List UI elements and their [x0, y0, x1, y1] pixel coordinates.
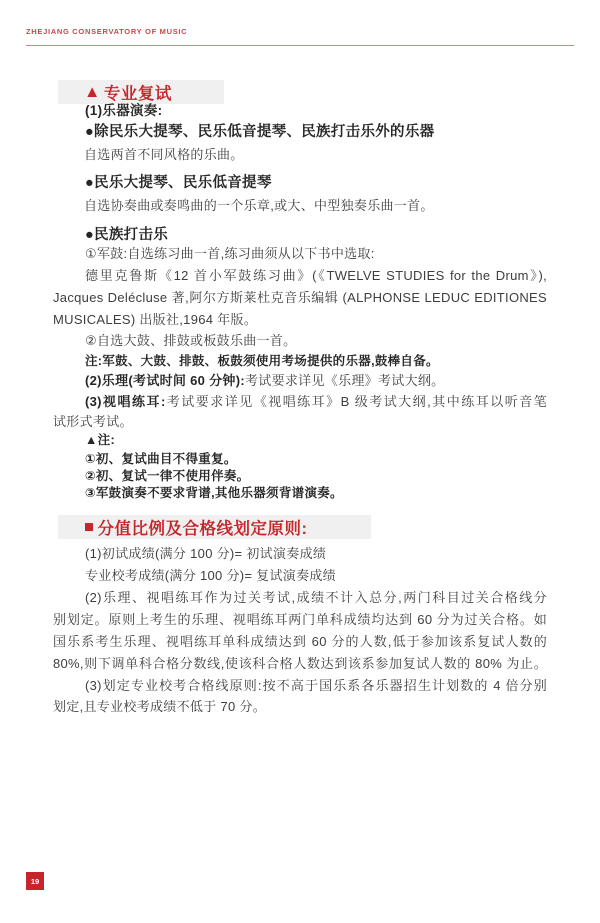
bullet-folk-cello-bass: ●民乐大提琴、民乐低音提琴 — [85, 175, 272, 193]
text-segment: ●民族打击乐 — [85, 227, 168, 243]
section-heading-professional-retest: ▲ 专业复试 — [58, 80, 224, 104]
para-two-pieces: 自选两首不同风格的乐曲。 — [84, 147, 244, 163]
text-segment: 80%,则下调单科合格分数线,使该科合格人数达到该系参加复试人数的 80% 为止… — [53, 656, 547, 671]
para-concerto-sonata: 自选协奏曲或奏鸣曲的一个乐章,或大、中型独奏乐曲一首。 — [84, 198, 434, 214]
text-segment: 德里克鲁斯《12 首小军鼓练习曲》(《TWELVE STUDIES for th… — [85, 268, 547, 283]
text-segment: ①初、复试曲目不得重复。 — [85, 452, 237, 466]
text-segment: 注:军鼓、大鼓、排鼓、板鼓须使用考场提供的乐器,鼓棒自备。 — [85, 354, 439, 368]
header-brand: ZHEJIANG CONSERVATORY OF MUSIC — [26, 27, 187, 36]
text-segment: ②初、复试一律不使用伴奏。 — [85, 469, 249, 483]
para-etude-book-publisher: MUSICALES) 出版社,1964 年版。 — [53, 312, 257, 328]
bullet-folk-percussion: ●民族打击乐 — [85, 227, 168, 245]
triangle-bullet-icon: ▲ — [84, 83, 101, 102]
para-bass-drum: ②自选大鼓、排鼓或板鼓乐曲一首。 — [85, 333, 296, 349]
text-segment: ●民乐大提琴、民乐低音提琴 — [85, 175, 272, 191]
text-segment: 自选协奏曲或奏鸣曲的一个乐章,或大、中型独奏乐曲一首。 — [84, 198, 434, 213]
para-pass-exam-3: 国乐系考生乐理、视唱练耳单科成绩达到 60 分的人数,低于参加该系复试人数的 — [53, 634, 547, 650]
para-passline-principle-2: 划定,且专业校考成绩不低于 70 分。 — [53, 699, 266, 715]
text-segment: ①军鼓:自选练习曲一首,练习曲须从以下书中选取: — [85, 246, 375, 261]
text-segment: ●除民乐大提琴、民乐低音提琴、民族打击乐外的乐器 — [85, 124, 434, 140]
page-number: 19 — [31, 877, 39, 886]
para-instrument-performance-label: (1)乐器演奏: — [85, 103, 162, 119]
text-segment: 划定,且专业校考成绩不低于 70 分。 — [53, 699, 266, 714]
bullet-other-instruments: ●除民乐大提琴、民乐低音提琴、民族打击乐外的乐器 — [85, 124, 434, 142]
text-segment: ②自选大鼓、排鼓或板鼓乐曲一首。 — [85, 333, 296, 348]
text-segment: Jacques Delécluse 著,阿尔方斯莱杜克音乐编辑 (ALPHONS… — [53, 290, 547, 305]
text-segment: (1)乐器演奏: — [85, 103, 162, 118]
para-pass-exam-2: 别划定。原则上考生的乐理、视唱练耳两门单科成绩均达到 60 分为过关合格。如 — [53, 612, 547, 628]
para-music-theory: (2)乐理(考试时间 60 分钟):考试要求详见《乐理》考试大纲。 — [85, 373, 444, 389]
para-sight-singing: (3)视唱练耳:考试要求详见《视唱练耳》B 级考试大纲,其中练耳以听音笔 — [85, 394, 547, 410]
text-segment: 试形式考试。 — [53, 414, 133, 429]
para-snare-drum: ①军鼓:自选练习曲一首,练习曲须从以下书中选取: — [85, 246, 375, 262]
text-segment: ③军鼓演奏不要求背谱,其他乐器须背谱演奏。 — [85, 486, 343, 500]
text-segment: 国乐系考生乐理、视唱练耳单科成绩达到 60 分的人数,低于参加该系复试人数的 — [53, 634, 547, 649]
text-segment: (1)初试成绩(满分 100 分)= 初试演奏成绩 — [85, 546, 326, 561]
para-sight-singing-cont: 试形式考试。 — [53, 414, 133, 430]
note-no-accompaniment: ②初、复试一律不使用伴奏。 — [85, 469, 249, 484]
text-segment: (3)视唱练耳: — [85, 394, 166, 409]
para-school-exam-score: 专业校考成绩(满分 100 分)= 复试演奏成绩 — [85, 568, 336, 584]
note-no-repeat: ①初、复试曲目不得重复。 — [85, 452, 237, 467]
header-rule — [26, 45, 574, 46]
section-title-scoring: 分值比例及合格线划定原则: — [97, 515, 307, 539]
text-segment: 考试要求详见《乐理》考试大纲。 — [245, 373, 445, 388]
section-heading-score-ratio: ■ 分值比例及合格线划定原则: — [58, 515, 371, 539]
text-segment: (2)乐理(考试时间 60 分钟): — [85, 373, 245, 388]
para-pass-exam-4: 80%,则下调单科合格分数线,使该科合格人数达到该系参加复试人数的 80% 为止… — [53, 656, 547, 672]
page-number-badge: 19 — [26, 872, 44, 890]
para-pass-exam-1: (2)乐理、视唱练耳作为过关考试,成绩不计入总分,两门科目过关合格线分 — [85, 590, 547, 606]
text-segment: ▲注: — [85, 433, 115, 447]
para-passline-principle-1: (3)划定专业校考合格线原则:按不高于国乐系各乐器招生计划数的 4 倍分别 — [85, 678, 547, 694]
section-title-retest: 专业复试 — [104, 80, 172, 104]
para-etude-book-title: 德里克鲁斯《12 首小军鼓练习曲》(《TWELVE STUDIES for th… — [85, 268, 547, 284]
para-first-round-score: (1)初试成绩(满分 100 分)= 初试演奏成绩 — [85, 546, 326, 562]
text-segment: (3)划定专业校考合格线原则:按不高于国乐系各乐器招生计划数的 4 倍分别 — [85, 678, 547, 693]
text-segment: 自选两首不同风格的乐曲。 — [84, 147, 244, 162]
note-header: ▲注: — [85, 433, 115, 448]
para-etude-book-author: Jacques Delécluse 著,阿尔方斯莱杜克音乐编辑 (ALPHONS… — [53, 290, 547, 306]
text-segment: 别划定。原则上考生的乐理、视唱练耳两门单科成绩均达到 60 分为过关合格。如 — [53, 612, 547, 627]
text-segment: 考试要求详见《视唱练耳》B 级考试大纲,其中练耳以听音笔 — [166, 394, 547, 409]
document-page: ZHEJIANG CONSERVATORY OF MUSIC ▲ 专业复试 ■ … — [0, 0, 600, 923]
square-bullet-icon: ■ — [84, 518, 94, 537]
text-segment: (2)乐理、视唱练耳作为过关考试,成绩不计入总分,两门科目过关合格线分 — [85, 590, 547, 605]
text-segment: MUSICALES) 出版社,1964 年版。 — [53, 312, 257, 327]
note-memorization: ③军鼓演奏不要求背谱,其他乐器须背谱演奏。 — [85, 486, 343, 501]
note-instruments-provided: 注:军鼓、大鼓、排鼓、板鼓须使用考场提供的乐器,鼓棒自备。 — [85, 354, 439, 369]
text-segment: 专业校考成绩(满分 100 分)= 复试演奏成绩 — [85, 568, 336, 583]
